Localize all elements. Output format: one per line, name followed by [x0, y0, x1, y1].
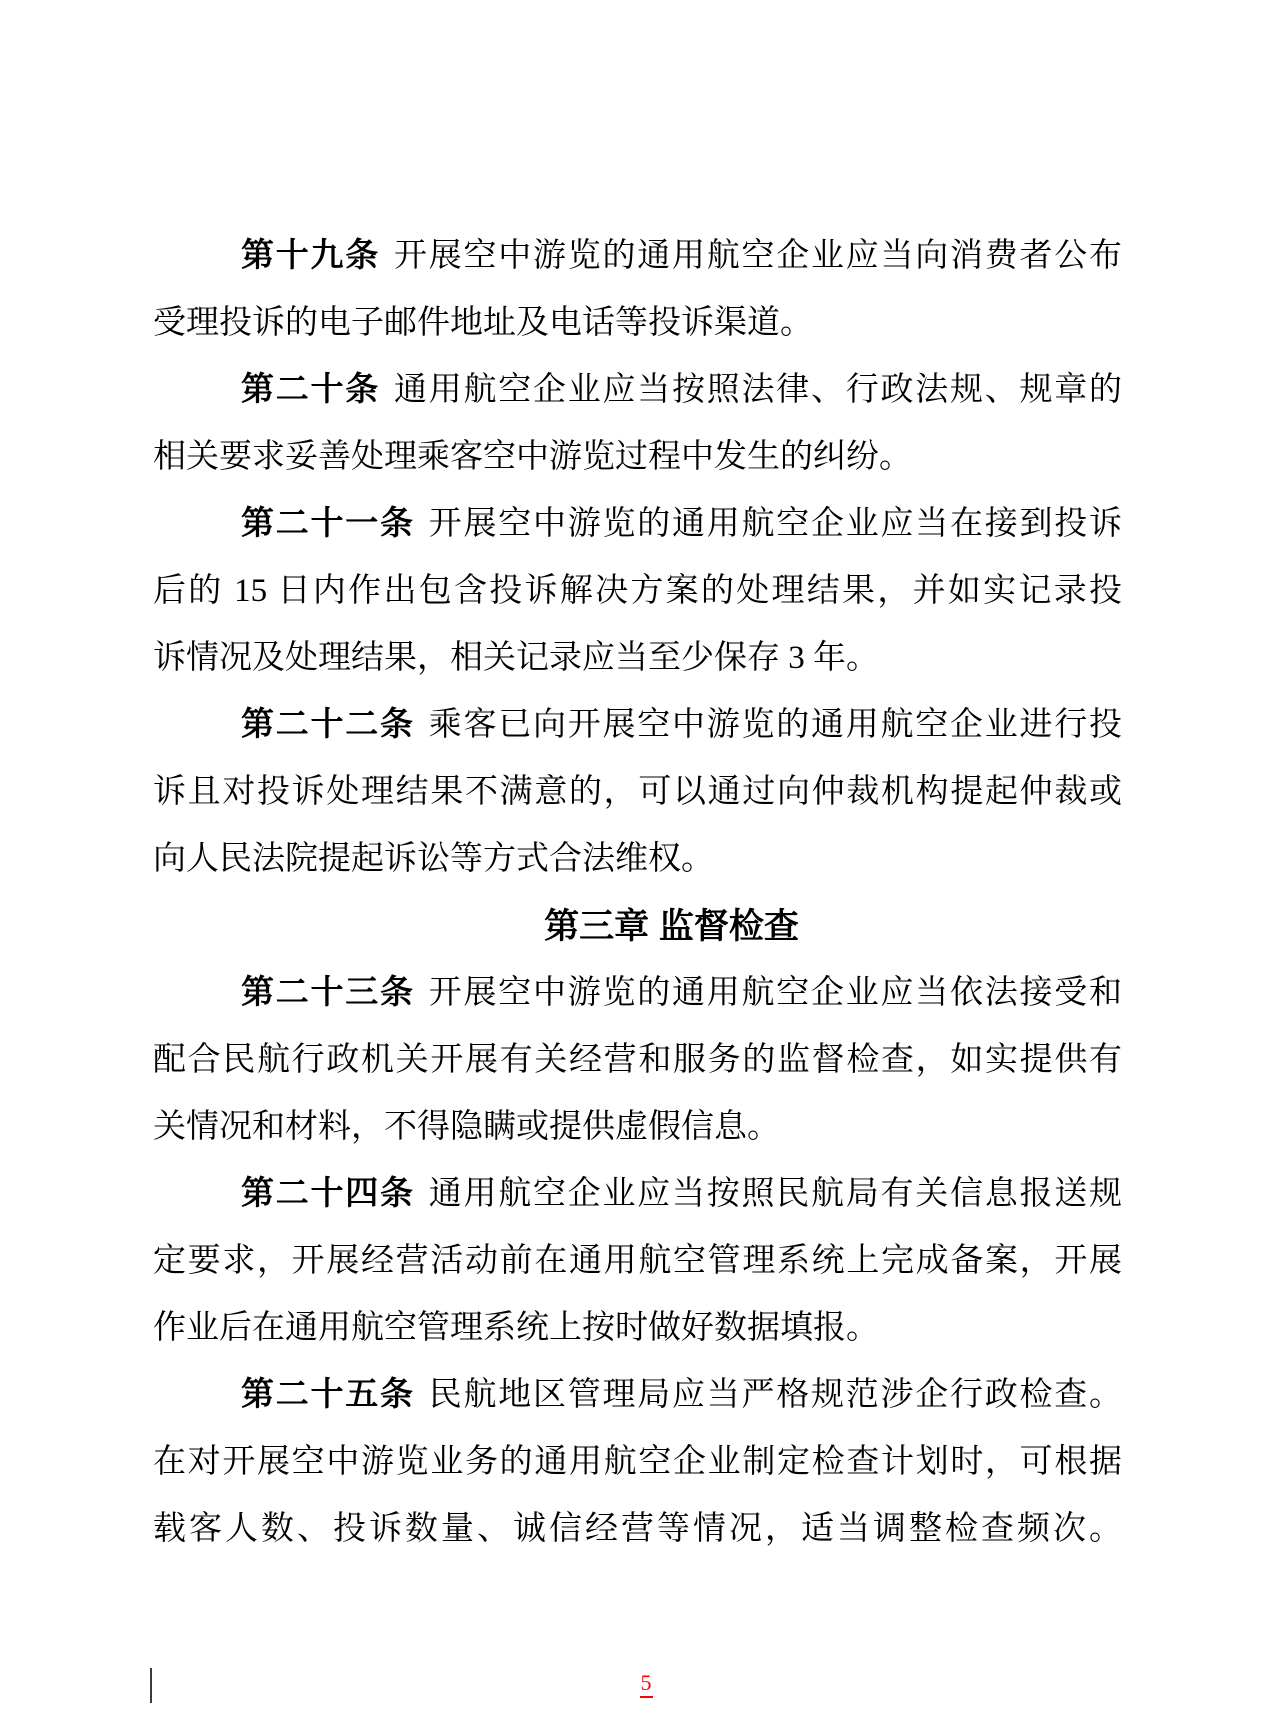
line-text: 诉且对投诉处理结果不满意的，可以通过向仲裁机构提起仲裁或: [153, 774, 1122, 810]
line-text: 相关要求妥善处理乘客空中游览过程中发生的纠纷。: [153, 439, 912, 475]
line-text: 在对开展空中游览业务的通用航空企业制定检查计划时，可根据: [153, 1444, 1122, 1480]
paragraph-line: 受理投诉的电子邮件地址及电话等投诉渠道。: [153, 290, 1122, 357]
line-text: 定要求，开展经营活动前在通用航空管理系统上完成备案，开展: [153, 1243, 1122, 1279]
paragraph-line: 诉且对投诉处理结果不满意的，可以通过向仲裁机构提起仲裁或: [153, 759, 1122, 826]
paragraph-line: 载客人数、投诉数量、诚信经营等情况，适当调整检查频次。: [153, 1496, 1122, 1563]
line-text: 受理投诉的电子邮件地址及电话等投诉渠道。: [153, 305, 813, 341]
article-number: 第二十条: [241, 372, 380, 408]
page-footer: 5: [0, 1672, 1280, 1698]
paragraph-line: 诉情况及处理结果，相关记录应当至少保存 3 年。: [153, 625, 1122, 692]
line-text: 通用航空企业应当按照法律、行政法规、规章的: [394, 372, 1122, 408]
line-text: 向人民法院提起诉讼等方式合法维权。: [153, 841, 714, 877]
line-text: 作业后在通用航空管理系统上按时做好数据填报。: [153, 1310, 879, 1346]
paragraph-line: 定要求，开展经营活动前在通用航空管理系统上完成备案，开展: [153, 1228, 1122, 1295]
line-text: 载客人数、投诉数量、诚信经营等情况，适当调整检查频次。: [153, 1511, 1122, 1547]
paragraph-line: 作业后在通用航空管理系统上按时做好数据填报。: [153, 1295, 1122, 1362]
paragraph-line: 第二十一条开展空中游览的通用航空企业应当在接到投诉: [153, 491, 1122, 558]
line-text: 关情况和材料，不得隐瞒或提供虚假信息。: [153, 1109, 780, 1145]
line-text: 民航地区管理局应当严格规范涉企行政检查。: [429, 1377, 1122, 1413]
page-number: 5: [640, 1672, 653, 1698]
document-page: 第十九条开展空中游览的通用航空企业应当向消费者公布 受理投诉的电子邮件地址及电话…: [0, 0, 1280, 1731]
line-text: 配合民航行政机关开展有关经营和服务的监督检查，如实提供有: [153, 1042, 1122, 1078]
paragraph-line: 后的 15 日内作出包含投诉解决方案的处理结果，并如实记录投: [153, 558, 1122, 625]
document-body: 第十九条开展空中游览的通用航空企业应当向消费者公布 受理投诉的电子邮件地址及电话…: [153, 223, 1122, 1563]
line-text: 开展空中游览的通用航空企业应当在接到投诉: [429, 506, 1122, 542]
line-text: 诉情况及处理结果，相关记录应当至少保存 3 年。: [153, 640, 879, 676]
line-text: 后的 15 日内作出包含投诉解决方案的处理结果，并如实记录投: [153, 573, 1122, 609]
paragraph-line: 第二十四条通用航空企业应当按照民航局有关信息报送规: [153, 1161, 1122, 1228]
paragraph-line: 相关要求妥善处理乘客空中游览过程中发生的纠纷。: [153, 424, 1122, 491]
article-number: 第二十一条: [241, 506, 415, 542]
paragraph-line: 配合民航行政机关开展有关经营和服务的监督检查，如实提供有: [153, 1027, 1122, 1094]
paragraph-line: 第二十五条民航地区管理局应当严格规范涉企行政检查。: [153, 1362, 1122, 1429]
article-number: 第二十三条: [241, 975, 415, 1011]
line-text: 通用航空企业应当按照民航局有关信息报送规: [429, 1176, 1122, 1212]
chapter-heading: 第三章 监督检查: [153, 893, 1122, 960]
paragraph-line: 第十九条开展空中游览的通用航空企业应当向消费者公布: [153, 223, 1122, 290]
paragraph-line: 第二十三条开展空中游览的通用航空企业应当依法接受和: [153, 960, 1122, 1027]
article-number: 第二十四条: [241, 1176, 415, 1212]
paragraph-line: 在对开展空中游览业务的通用航空企业制定检查计划时，可根据: [153, 1429, 1122, 1496]
article-number: 第十九条: [241, 238, 380, 274]
line-text: 乘客已向开展空中游览的通用航空企业进行投: [429, 707, 1122, 743]
article-number: 第二十五条: [241, 1377, 415, 1413]
paragraph-line: 第二十二条乘客已向开展空中游览的通用航空企业进行投: [153, 692, 1122, 759]
line-text: 开展空中游览的通用航空企业应当依法接受和: [429, 975, 1122, 1011]
article-number: 第二十二条: [241, 707, 415, 743]
paragraph-line: 向人民法院提起诉讼等方式合法维权。: [153, 826, 1122, 893]
paragraph-line: 关情况和材料，不得隐瞒或提供虚假信息。: [153, 1094, 1122, 1161]
paragraph-line: 第二十条通用航空企业应当按照法律、行政法规、规章的: [153, 357, 1122, 424]
line-text: 开展空中游览的通用航空企业应当向消费者公布: [394, 238, 1122, 274]
